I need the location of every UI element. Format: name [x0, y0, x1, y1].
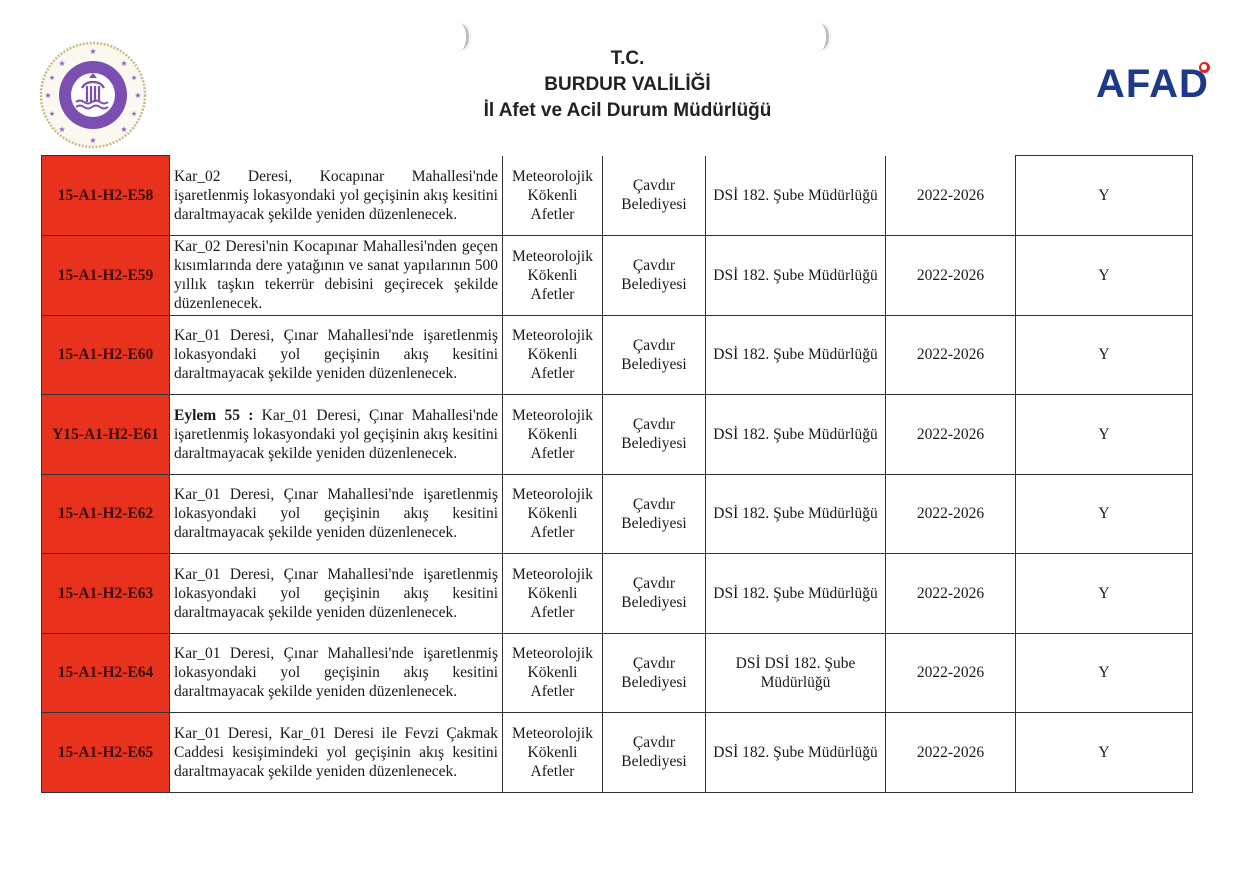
action-code: 15-A1-H2-E58 — [42, 156, 170, 236]
table-row: 15-A1-H2-E59 Kar_02 Deresi'nin Kocapınar… — [42, 236, 1193, 316]
action-text: Kar_02 Deresi'nin Kocapınar Mahallesi'nd… — [174, 238, 498, 312]
time-period: 2022-2026 — [886, 713, 1016, 793]
status-value: Y — [1016, 474, 1193, 554]
action-code: 15-A1-H2-E60 — [42, 315, 170, 395]
hazard-type: Meteorolojik Kökenli Afetler — [503, 554, 603, 634]
action-text: Kar_01 Deresi, Kar_01 Deresi ile Fevzi Ç… — [174, 725, 498, 780]
action-text: Kar_01 Deresi, Çınar Mahallesi'nde işare… — [174, 486, 498, 541]
header-line-valilik: BURDUR VALİLİĞİ — [0, 74, 1255, 96]
action-description: Kar_02 Deresi'nin Kocapınar Mahallesi'nd… — [170, 236, 503, 316]
punch-hole-left — [452, 24, 469, 50]
responsible-institution: Çavdır Belediyesi — [603, 633, 706, 713]
partner-institution: DSİ 182. Şube Müdürlüğü — [706, 713, 886, 793]
time-period: 2022-2026 — [886, 236, 1016, 316]
responsible-institution: Çavdır Belediyesi — [603, 156, 706, 236]
hazard-type: Meteorolojik Kökenli Afetler — [503, 633, 603, 713]
afad-logo-icon: AFAD — [1096, 62, 1209, 107]
partner-institution: DSİ 182. Şube Müdürlüğü — [706, 236, 886, 316]
action-description: Kar_01 Deresi, Çınar Mahallesi'nde işare… — [170, 315, 503, 395]
responsible-institution: Çavdır Belediyesi — [603, 554, 706, 634]
action-code: Y15-A1-H2-E61 — [42, 395, 170, 475]
action-lead: Eylem 55 : — [174, 407, 262, 424]
partner-institution: DSİ DSİ 182. Şube Müdürlüğü — [706, 633, 886, 713]
hazard-type: Meteorolojik Kökenli Afetler — [503, 315, 603, 395]
table-row: 15-A1-H2-E58 Kar_02 Deresi, Kocapınar Ma… — [42, 156, 1193, 236]
responsible-institution: Çavdır Belediyesi — [603, 395, 706, 475]
action-code: 15-A1-H2-E59 — [42, 236, 170, 316]
time-period: 2022-2026 — [886, 474, 1016, 554]
partner-institution: DSİ 182. Şube Müdürlüğü — [706, 554, 886, 634]
status-value: Y — [1016, 554, 1193, 634]
time-period: 2022-2026 — [886, 395, 1016, 475]
responsible-institution: Çavdır Belediyesi — [603, 315, 706, 395]
table-row: 15-A1-H2-E65 Kar_01 Deresi, Kar_01 Deres… — [42, 713, 1193, 793]
action-text: Kar_01 Deresi, Çınar Mahallesi'nde işare… — [174, 566, 498, 621]
hazard-type: Meteorolojik Kökenli Afetler — [503, 713, 603, 793]
header-line-tc: T.C. — [0, 48, 1255, 70]
table-row: 15-A1-H2-E60 Kar_01 Deresi, Çınar Mahall… — [42, 315, 1193, 395]
action-text: Kar_01 Deresi, Çınar Mahallesi'nde işare… — [174, 645, 498, 700]
table-row: 15-A1-H2-E63 Kar_01 Deresi, Çınar Mahall… — [42, 554, 1193, 634]
action-code: 15-A1-H2-E62 — [42, 474, 170, 554]
hazard-type: Meteorolojik Kökenli Afetler — [503, 395, 603, 475]
turkish-flag-icon — [1199, 62, 1210, 73]
partner-institution: DSİ 182. Şube Müdürlüğü — [706, 395, 886, 475]
responsible-institution: Çavdır Belediyesi — [603, 236, 706, 316]
status-value: Y — [1016, 633, 1193, 713]
status-value: Y — [1016, 315, 1193, 395]
responsible-institution: Çavdır Belediyesi — [603, 713, 706, 793]
action-text: Kar_01 Deresi, Çınar Mahallesi'nde işare… — [174, 327, 498, 382]
responsible-institution: Çavdır Belediyesi — [603, 474, 706, 554]
partner-institution: DSİ 182. Şube Müdürlüğü — [706, 156, 886, 236]
table-row: 15-A1-H2-E64 Kar_01 Deresi, Çınar Mahall… — [42, 633, 1193, 713]
svg-text:★: ★ — [120, 125, 127, 134]
hazard-type: Meteorolojik Kökenli Afetler — [503, 236, 603, 316]
action-description: Kar_01 Deresi, Çınar Mahallesi'nde işare… — [170, 633, 503, 713]
time-period: 2022-2026 — [886, 156, 1016, 236]
status-value: Y — [1016, 713, 1193, 793]
partner-institution: DSİ 182. Şube Müdürlüğü — [706, 315, 886, 395]
time-period: 2022-2026 — [886, 315, 1016, 395]
action-description: Kar_01 Deresi, Çınar Mahallesi'nde işare… — [170, 474, 503, 554]
hazard-type: Meteorolojik Kökenli Afetler — [503, 474, 603, 554]
status-value: Y — [1016, 395, 1193, 475]
action-code: 15-A1-H2-E64 — [42, 633, 170, 713]
status-value: Y — [1016, 236, 1193, 316]
action-description: Eylem 55 : Kar_01 Deresi, Çınar Mahalles… — [170, 395, 503, 475]
svg-text:★: ★ — [89, 136, 96, 145]
hazard-type: Meteorolojik Kökenli Afetler — [503, 156, 603, 236]
action-text: Kar_02 Deresi, Kocapınar Mahallesi'nde i… — [174, 168, 498, 223]
action-description: Kar_01 Deresi, Çınar Mahallesi'nde işare… — [170, 554, 503, 634]
table-row: 15-A1-H2-E62 Kar_01 Deresi, Çınar Mahall… — [42, 474, 1193, 554]
action-code: 15-A1-H2-E63 — [42, 554, 170, 634]
punch-hole-right — [812, 24, 829, 50]
action-code: 15-A1-H2-E65 — [42, 713, 170, 793]
header-line-directorate: İl Afet ve Acil Durum Müdürlüğü — [0, 100, 1255, 122]
status-value: Y — [1016, 156, 1193, 236]
svg-text:★: ★ — [58, 125, 65, 134]
action-plan-table: 15-A1-H2-E58 Kar_02 Deresi, Kocapınar Ma… — [41, 155, 1193, 793]
table-row: Y15-A1-H2-E61 Eylem 55 : Kar_01 Deresi, … — [42, 395, 1193, 475]
time-period: 2022-2026 — [886, 633, 1016, 713]
time-period: 2022-2026 — [886, 554, 1016, 634]
action-description: Kar_01 Deresi, Kar_01 Deresi ile Fevzi Ç… — [170, 713, 503, 793]
action-description: Kar_02 Deresi, Kocapınar Mahallesi'nde i… — [170, 156, 503, 236]
partner-institution: DSİ 182. Şube Müdürlüğü — [706, 474, 886, 554]
